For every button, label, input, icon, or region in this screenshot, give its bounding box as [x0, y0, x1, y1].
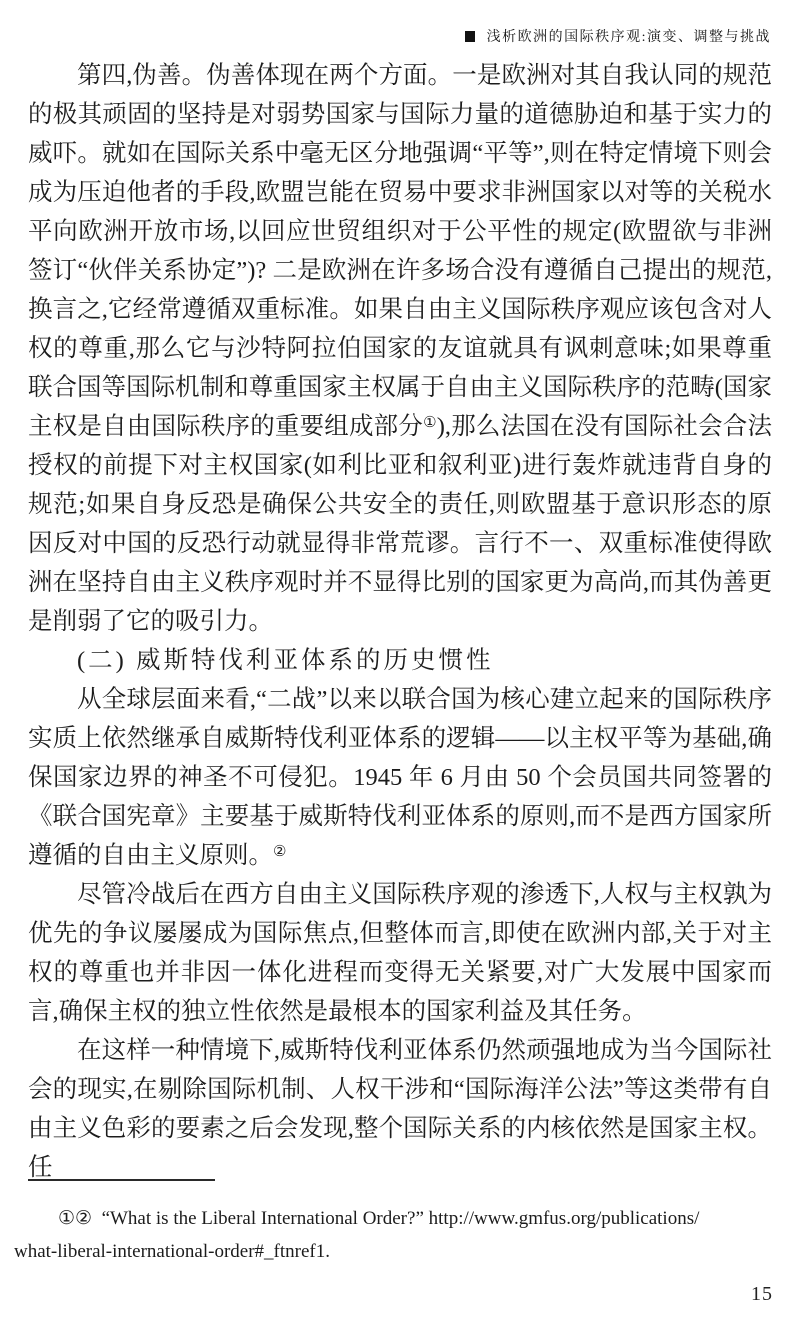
body-text: 第四,伪善。伪善体现在两个方面。一是欧洲对其自我认同的规范的极其顽固的坚持是对弱… — [28, 56, 772, 1187]
paragraph-text: 从全球层面来看,“二战”以来以联合国为核心建立起来的国际秩序实质上依然继承自威斯… — [28, 686, 772, 869]
paragraph-text: 尽管冷战后在西方自由主义国际秩序观的渗透下,人权与主权孰为优先的争议屡屡成为国际… — [28, 881, 772, 1025]
footnote-marker: ① — [423, 415, 437, 431]
document-page: 浅析欧洲的国际秩序观:演变、调整与挑战 第四,伪善。伪善体现在两个方面。一是欧洲… — [0, 0, 801, 1328]
paragraph-text: (二) 威斯特伐利亚体系的历史惯性 — [77, 647, 493, 674]
page-number: 15 — [751, 1283, 773, 1306]
paragraph: 尽管冷战后在西方自由主义国际秩序观的渗透下,人权与主权孰为优先的争议屡屡成为国际… — [28, 875, 772, 1031]
paragraph-text: 第四,伪善。伪善体现在两个方面。一是欧洲对其自我认同的规范的极其顽固的坚持是对弱… — [28, 62, 772, 440]
running-header-title: 浅析欧洲的国际秩序观:演变、调整与挑战 — [487, 30, 771, 45]
section-heading: (二) 威斯特伐利亚体系的历史惯性 — [28, 641, 772, 680]
paragraph-text: 在这样一种情境下,威斯特伐利亚体系仍然顽强地成为当今国际社会的现实,在剔除国际机… — [28, 1037, 772, 1181]
running-header: 浅析欧洲的国际秩序观:演变、调整与挑战 — [0, 26, 771, 46]
paragraph-text: ),那么法国在没有国际社会合法授权的前提下对主权国家(如利比亚和叙利亚)进行轰炸… — [28, 413, 772, 635]
paragraph: 在这样一种情境下,威斯特伐利亚体系仍然顽强地成为当今国际社会的现实,在剔除国际机… — [28, 1031, 772, 1187]
footnote-block: ①② “What is the Liberal International Or… — [14, 1202, 790, 1268]
footnote-line: ①② “What is the Liberal International Or… — [14, 1202, 790, 1235]
footnote-marker: ② — [273, 844, 286, 860]
footnote-divider — [28, 1179, 215, 1181]
square-bullet-icon — [465, 31, 475, 42]
paragraph: 从全球层面来看,“二战”以来以联合国为核心建立起来的国际秩序实质上依然继承自威斯… — [28, 680, 772, 875]
paragraph: 第四,伪善。伪善体现在两个方面。一是欧洲对其自我认同的规范的极其顽固的坚持是对弱… — [28, 56, 772, 641]
footnote-line: what-liberal-international-order#_ftnref… — [14, 1235, 790, 1268]
